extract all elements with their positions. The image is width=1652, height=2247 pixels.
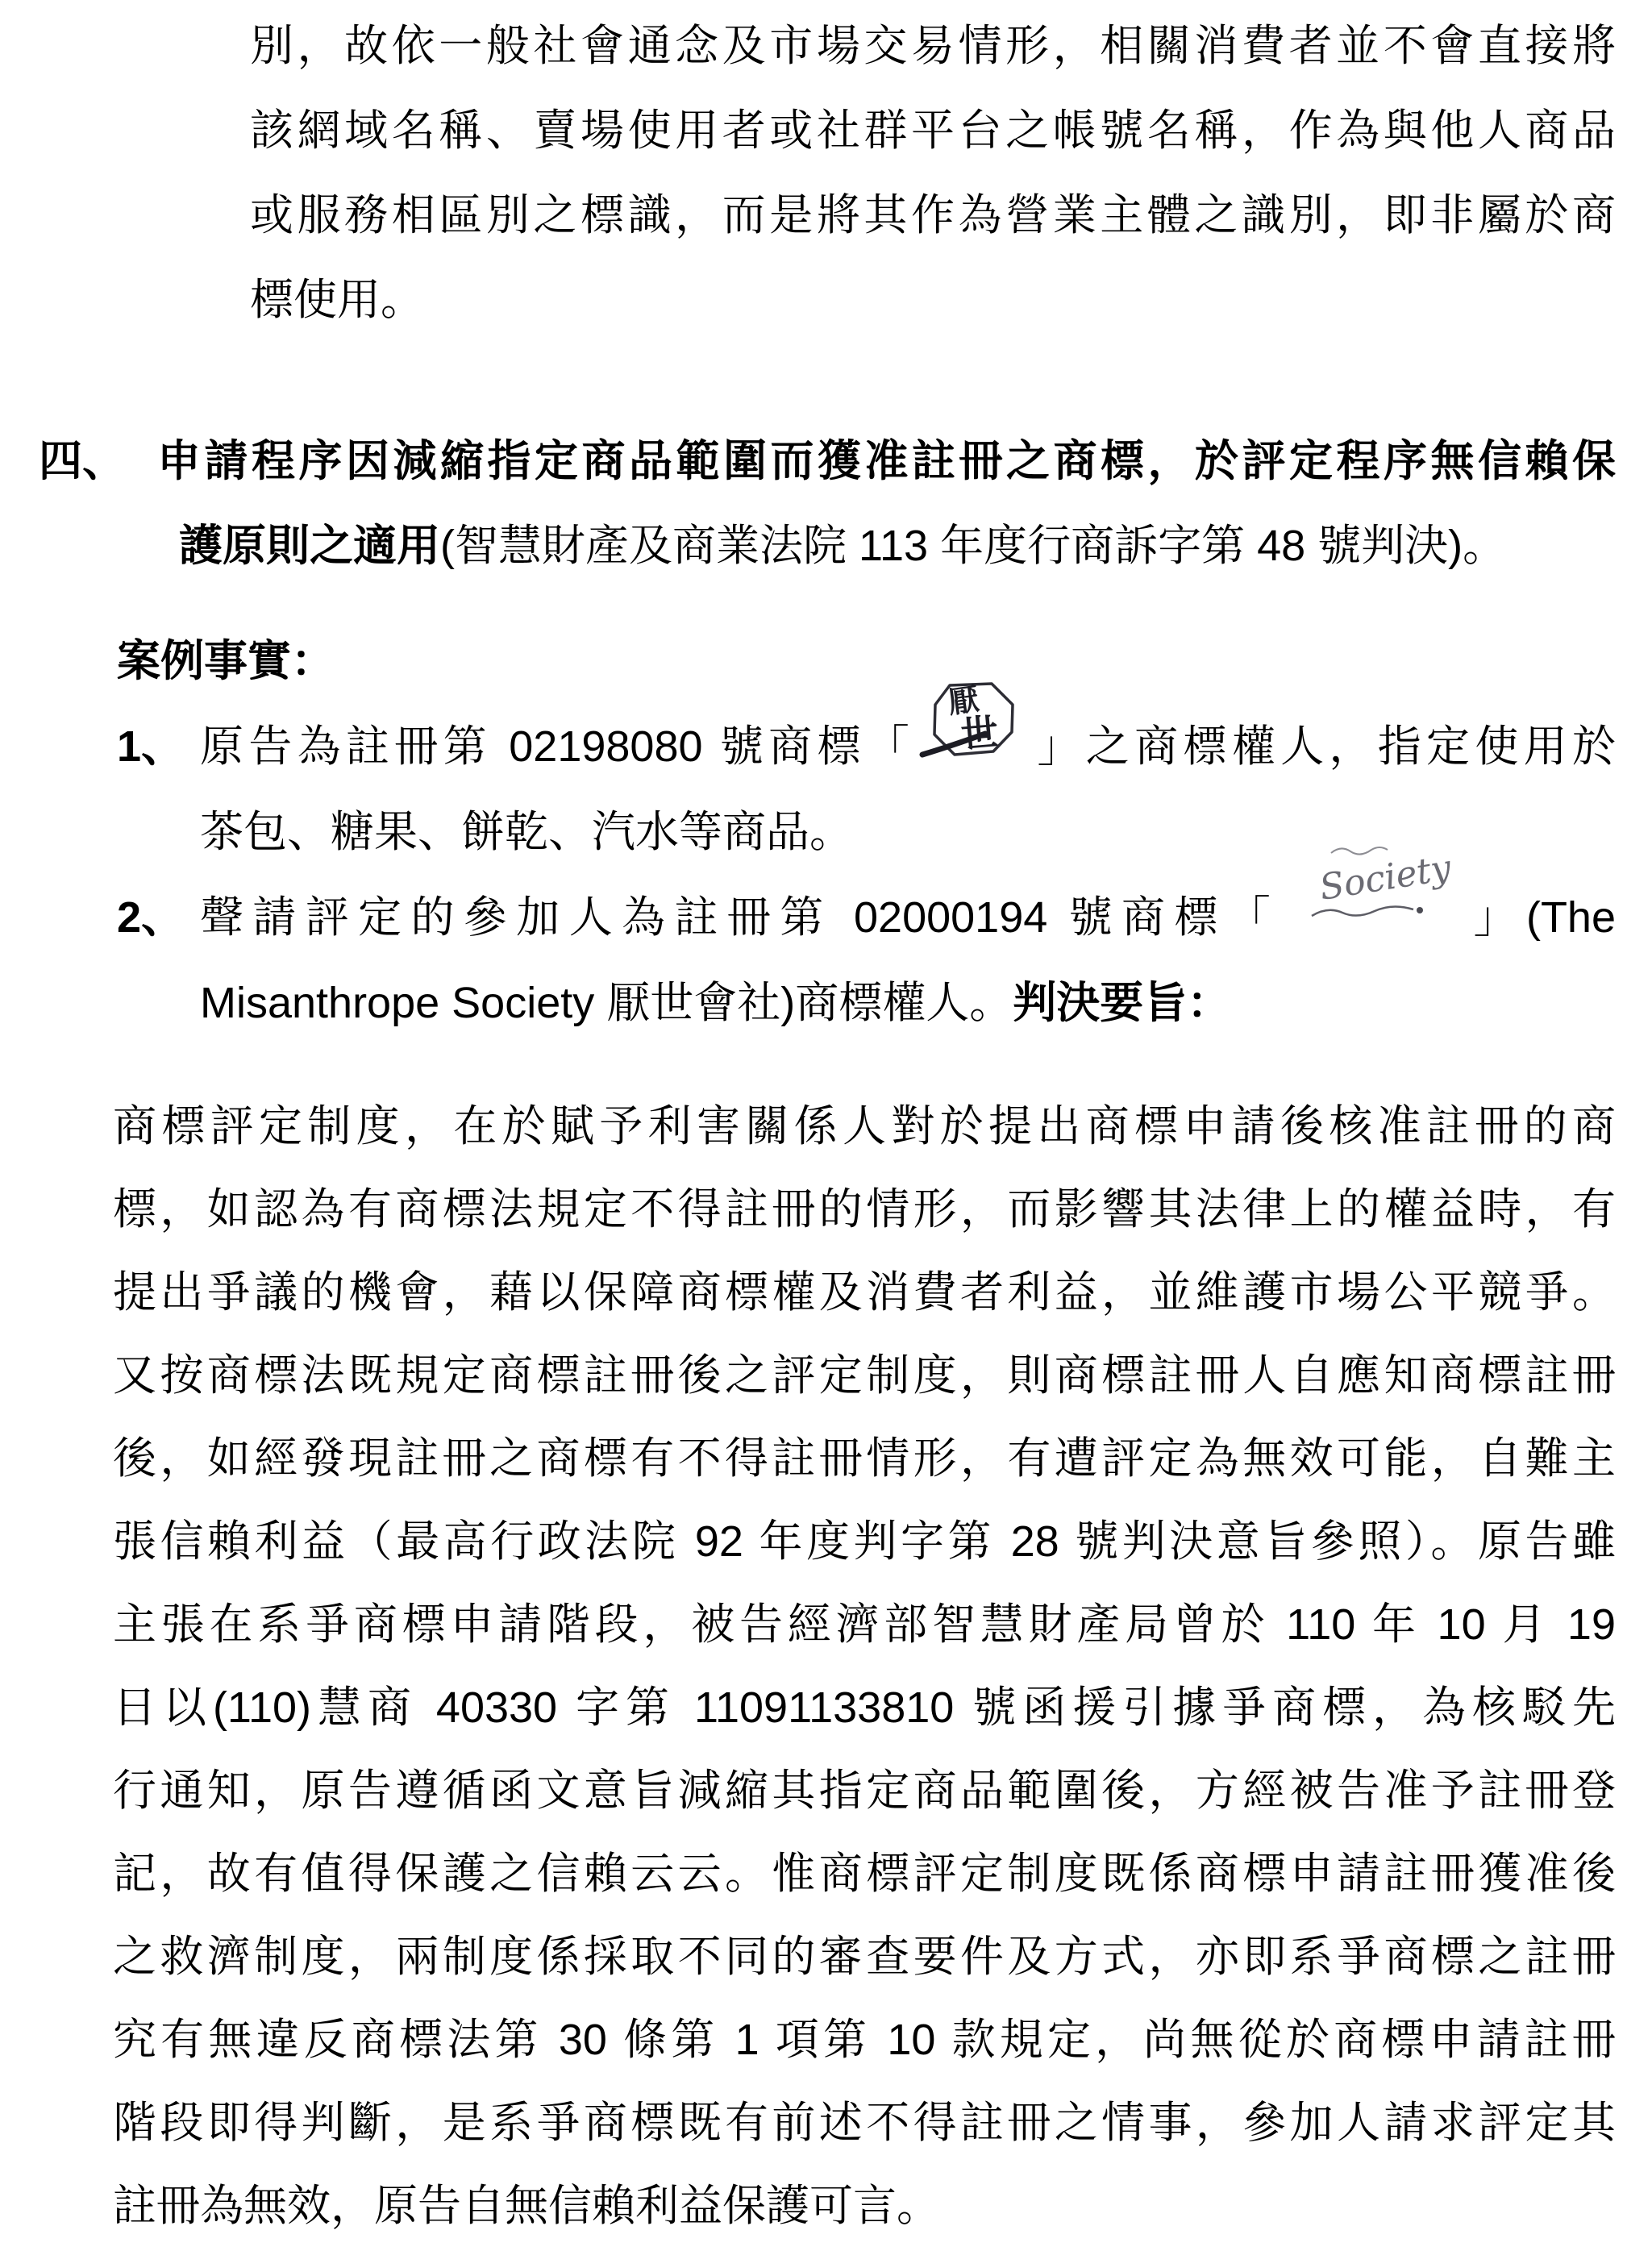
case-fact-item-2: 2、 聲請評定的參加人為註冊第 02000194 號商標「 Society 」(…: [117, 875, 1616, 960]
item-2-line-2-text: Misanthrope Society 厭世會社)商標權人。: [200, 979, 1013, 1027]
intro-line-2: 該網域名稱、賣場使用者或社群平台之帳號名稱，作為與他人商品: [250, 89, 1616, 173]
item-2-text-after-logo: 」(The: [1464, 893, 1616, 942]
script-dot: [1417, 907, 1423, 913]
section-title-line-2-citation: (智慧財產及商業法院 113 年度行商訴字第 48 號判決)。: [440, 522, 1506, 570]
item-1-text-before-logo: 原告為註冊第 02198080 號商標「: [200, 722, 914, 771]
ruling-line-10: 記，故有值得保護之信賴云云。惟商標評定制度既係商標申請註冊獲准後: [113, 1833, 1616, 1916]
ruling-line-7: 主張在系爭商標申請階段，被告經濟部智慧財產局曾於 110 年 10 月 19: [113, 1583, 1616, 1667]
section-title-line-2-bold: 護原則之適用: [179, 522, 440, 570]
intro-line-4: 標使用。: [250, 258, 1616, 343]
item-2-number: 2、: [117, 875, 200, 960]
ruling-line-3: 提出爭議的機會，藉以保障商標權及消費者利益，並維護市場公平競爭。: [113, 1251, 1616, 1334]
document-page: 別，故依一般社會通念及市場交易情形，相關消費者並不會直接將 該網域名稱、賣場使用…: [0, 0, 1652, 2247]
case-facts-label: 案例事實：: [117, 618, 1616, 704]
case-fact-item-1: 1、 原告為註冊第 02198080 號商標「 厭 世 」之商標權人，指定使用於: [117, 704, 1616, 789]
item-2-line-2: Misanthrope Society 厭世會社)商標權人。判決要旨：: [200, 960, 1616, 1046]
ruling-line-12: 究有無違反商標法第 30 條第 1 項第 10 款規定，尚無從於商標申請註冊: [113, 1999, 1616, 2082]
ruling-line-11: 之救濟制度，兩制度係採取不同的審查要件及方式，亦即系爭商標之註冊: [113, 1916, 1616, 1999]
item-2-text-before-logo: 聲請評定的參加人為註冊第 02000194 號商標「: [200, 893, 1280, 942]
society-script-text: Society: [1317, 847, 1454, 909]
section-heading: 四、 申請程序因減縮指定商品範圍而獲准註冊之商標，於評定程序無信賴保 護原則之適…: [39, 419, 1616, 589]
ruling-line-4: 又按商標法既規定商標註冊後之評定制度，則商標註冊人自應知商標註冊: [113, 1334, 1616, 1417]
ruling-line-9: 行通知，原告遵循函文意旨減縮其指定商品範圍後，方經被告准予註冊登: [113, 1750, 1616, 1833]
ruling-line-6: 張信賴利益（最高行政法院 92 年度判字第 28 號判決意旨參照）。原告雖: [113, 1500, 1616, 1583]
section-heading-line-1: 四、 申請程序因減縮指定商品範圍而獲准註冊之商標，於評定程序無信賴保: [39, 419, 1616, 504]
ruling-line-5: 後，如經發現註冊之商標有不得註冊情形，有遭評定為無效可能，自難主: [113, 1417, 1616, 1500]
society-script-mark-icon: Society: [1289, 835, 1459, 948]
yanshi-octagon-mark-icon: 厭 世: [921, 676, 1027, 782]
script-top-flourish: [1331, 847, 1388, 855]
ruling-line-1: 商標評定制度，在於賦予利害關係人對於提出商標申請後核准註冊的商: [113, 1085, 1616, 1168]
ruling-line-2: 標，如認為有商標法規定不得註冊的情形，而影響其法律上的權益時，有: [113, 1168, 1616, 1251]
script-lower-scribble: [1312, 906, 1413, 916]
item-1-text-after-logo: 」之商標權人，指定使用於: [1032, 722, 1616, 771]
section-number: 四、: [39, 419, 157, 504]
ruling-line-8: 日以(110)慧商 40330 字第 11091133810 號函援引據爭商標，…: [113, 1667, 1616, 1750]
section-heading-line-2: 護原則之適用(智慧財產及商業法院 113 年度行商訴字第 48 號判決)。: [179, 504, 1616, 589]
intro-line-3: 或服務相區別之標識，而是將其作為營業主體之識別，即非屬於商: [250, 173, 1616, 258]
ruling-paragraph: 商標評定制度，在於賦予利害關係人對於提出商標申請後核准註冊的商 標，如認為有商標…: [113, 1085, 1616, 2247]
trademark-logo-society-script: Society: [1289, 888, 1454, 932]
section-title-line-1: 申請程序因減縮指定商品範圍而獲准註冊之商標，於評定程序無信賴保: [157, 419, 1616, 504]
item-2-line-1: 聲請評定的參加人為註冊第 02000194 號商標「 Society 」(The: [200, 875, 1616, 960]
ruling-summary-label: 判決要旨：: [1013, 979, 1230, 1027]
ruling-line-13: 階段即得判斷，是系爭商標既有前述不得註冊之情事，參加人請求評定其: [113, 2082, 1616, 2165]
trademark-logo-yanshi: 厭 世: [924, 718, 1022, 761]
item-1-number: 1、: [117, 704, 200, 789]
intro-paragraph: 別，故依一般社會通念及市場交易情形，相關消費者並不會直接將 該網域名稱、賣場使用…: [250, 0, 1616, 343]
item-1-line-1: 原告為註冊第 02198080 號商標「 厭 世 」之商標權人，指定使用於: [200, 704, 1616, 789]
ruling-line-14: 註冊為無效，原告自無信賴利益保護可言。: [113, 2165, 1616, 2247]
intro-line-1: 別，故依一般社會通念及市場交易情形，相關消費者並不會直接將: [250, 4, 1616, 89]
